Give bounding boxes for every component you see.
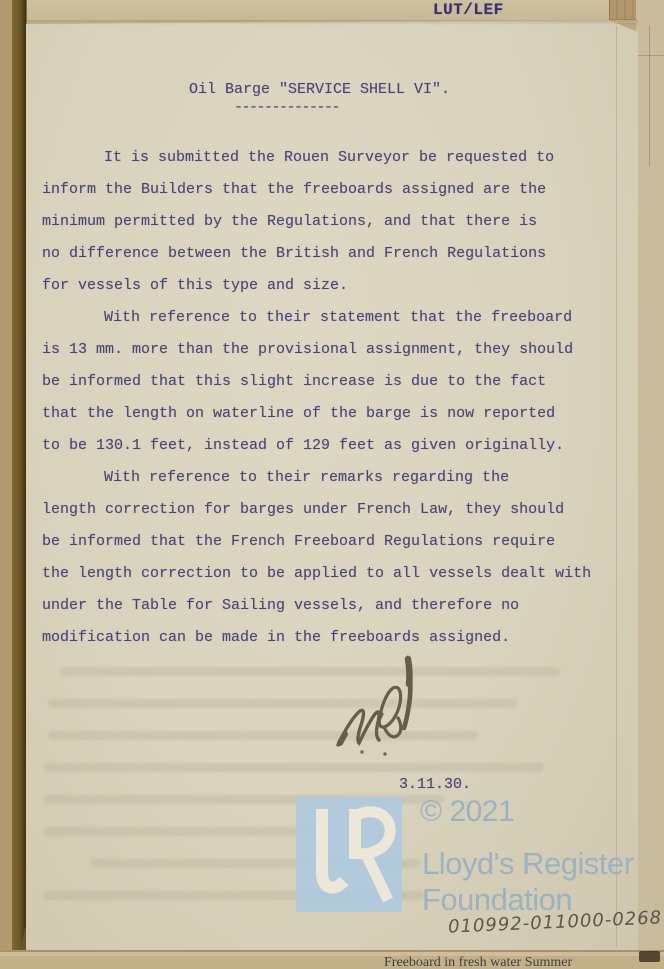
body-line: no difference between the British and Fr… xyxy=(42,238,607,270)
page-crease-line xyxy=(616,25,617,947)
bleed-through-line xyxy=(60,667,560,676)
scanned-document: LUT/LEF Oil Barge "SERVICE SHELL VI". --… xyxy=(0,0,664,969)
document-date: 3.11.30. xyxy=(399,776,471,793)
reference-code-stamp: LUT/LEF xyxy=(433,1,504,19)
sheet-edge-line xyxy=(638,55,664,56)
body-line: is 13 mm. more than the provisional assi… xyxy=(42,334,607,366)
bleed-through-line xyxy=(44,763,544,772)
body-line: length correction for barges under Frenc… xyxy=(42,494,607,526)
body-line: that the length on waterline of the barg… xyxy=(42,398,607,430)
bleed-through-line xyxy=(44,827,324,836)
signature-initials-icon xyxy=(330,650,450,770)
document-title: Oil Barge "SERVICE SHELL VI". xyxy=(189,81,450,98)
lloyds-register-logo-icon xyxy=(296,797,402,912)
watermark-copyright: © 2021 xyxy=(420,795,514,829)
body-line: It is submitted the Rouen Surveyor be re… xyxy=(42,142,607,174)
page-top-shadow xyxy=(26,20,638,25)
body-line: modification can be made in the freeboar… xyxy=(42,622,607,654)
body-line: under the Table for Sailing vessels, and… xyxy=(42,590,607,622)
body-line: be informed that the French Freeboard Re… xyxy=(42,526,607,558)
sheet-edge-line xyxy=(649,26,650,166)
body-line: be informed that this slight increase is… xyxy=(42,366,607,398)
binding-edge xyxy=(0,0,27,969)
background-sheet-right xyxy=(636,0,664,969)
document-body: It is submitted the Rouen Surveyor be re… xyxy=(42,142,607,654)
body-line: to be 130.1 feet, instead of 129 feet as… xyxy=(42,430,607,462)
body-line: inform the Builders that the freeboards … xyxy=(42,174,607,206)
binding-mark xyxy=(639,951,660,962)
body-line: With reference to their remarks regardin… xyxy=(42,462,607,494)
body-line: the length correction to be applied to a… xyxy=(42,558,607,590)
title-underline: -------------- xyxy=(234,99,339,116)
body-line: minimum permitted by the Regulations, an… xyxy=(42,206,607,238)
body-line: for vessels of this type and size. xyxy=(42,270,607,302)
watermark-org-name: Lloyd's Register xyxy=(422,846,634,882)
body-line: With reference to their statement that t… xyxy=(42,302,607,334)
underlying-page-text: Freeboard in fresh water Summer xyxy=(384,955,572,969)
